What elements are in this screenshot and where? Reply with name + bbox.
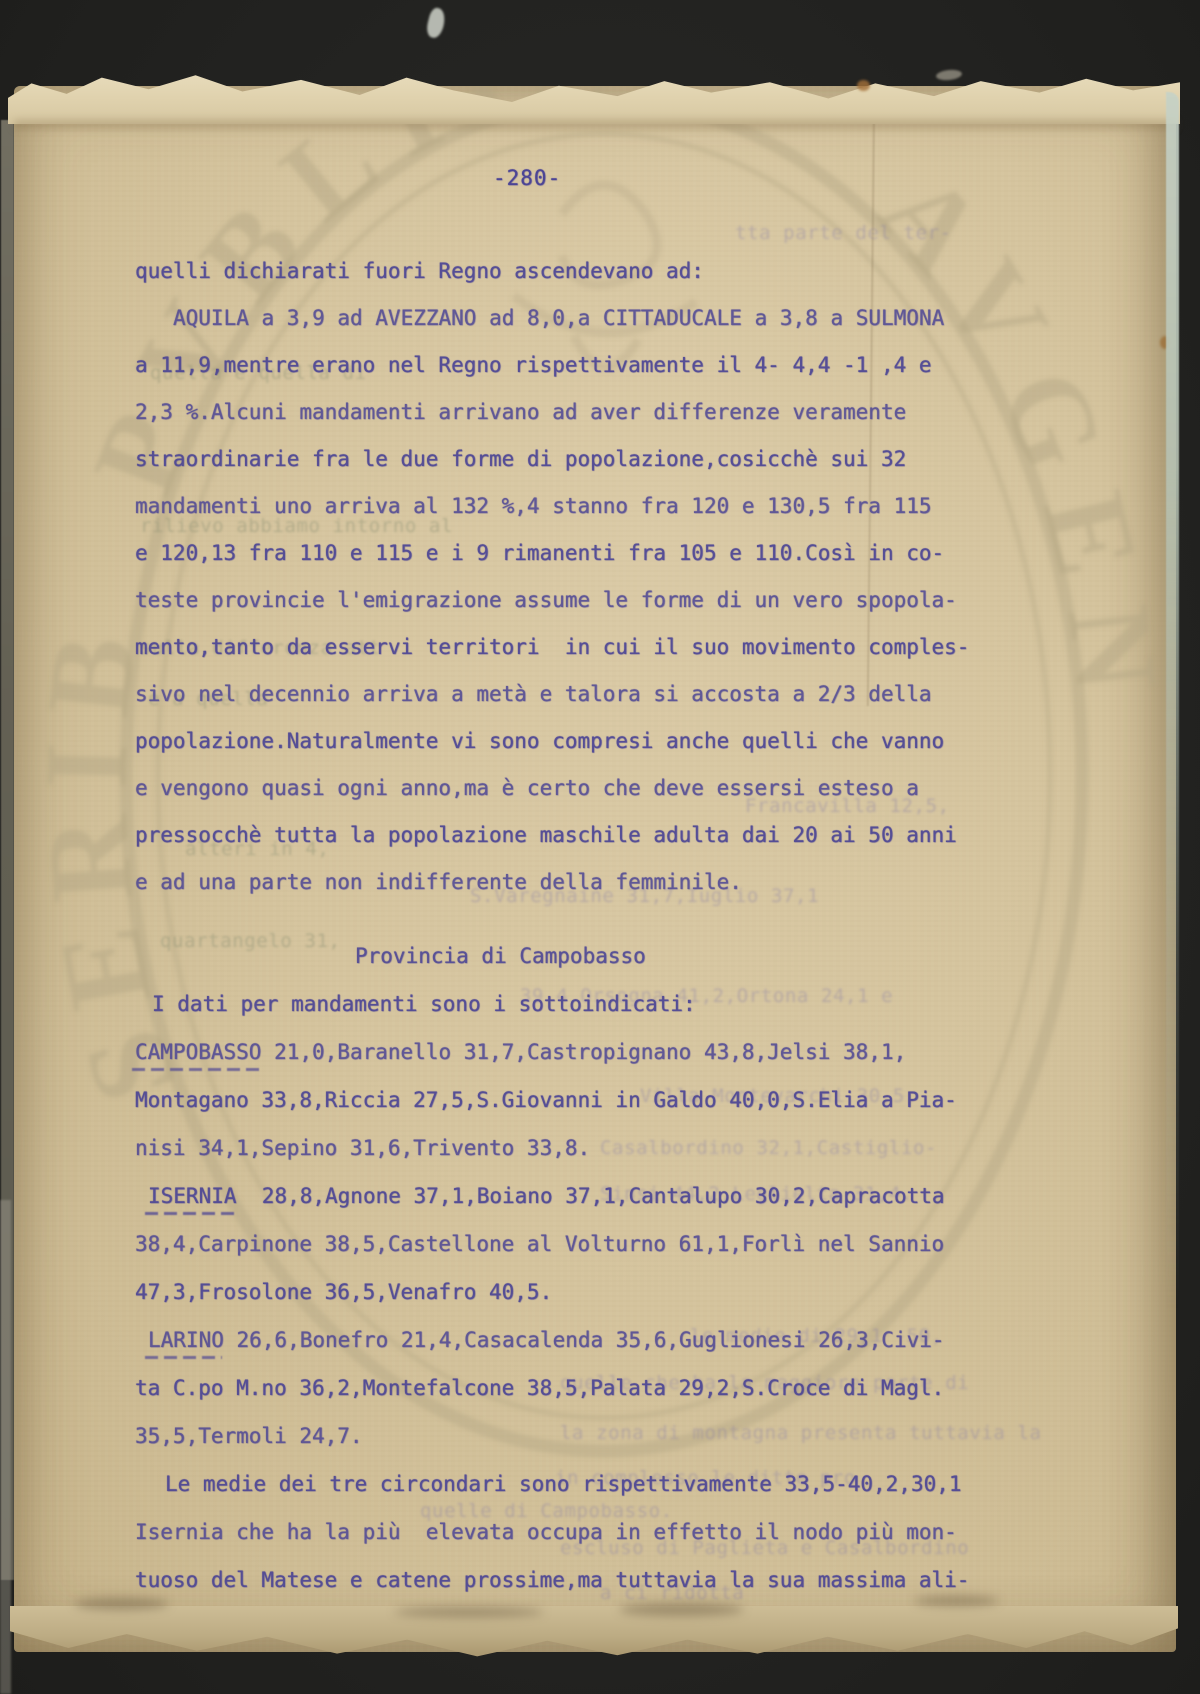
page-number: -280- [493,166,561,190]
typewritten-line: tuoso del Matese e catene prossime,ma tu… [135,1556,1015,1604]
typewritten-line: ta C.po M.no 36,2,Montefalcone 38,5,Pala… [135,1364,1015,1412]
underlined-district-campobasso: CAMPOBASSO [135,1040,261,1064]
typewritten-line: a 11,9,mentre erano nel Regno rispettiva… [135,342,1015,389]
typewritten-line: I dati per mandamenti sono i sottoindica… [135,980,1015,1028]
scanned-document-photo: SERIB PVBLICA AVGEN tta parte del ter- q… [0,0,1200,1694]
page-right-edge-sliver [1166,92,1179,1533]
paper-speck [936,69,963,82]
typewritten-line: CAMPOBASSO 21,0,Baranello 31,7,Castropig… [135,1028,1015,1076]
typewritten-line: pressocchè tutta la popolazione maschile… [135,812,1015,859]
typewritten-line: straordinarie fra le due forme di popola… [135,436,1015,483]
typewritten-line: LARINO 26,6,Bonefro 21,4,Casacalenda 35,… [135,1316,1015,1364]
typewritten-line: ISERNIA 28,8,Agnone 37,1,Boiano 37,1,Can… [135,1172,1015,1220]
torn-paper-edge-top [8,66,1180,124]
bottom-edge-smudge [394,1607,544,1617]
typewritten-line: popolazione.Naturalmente vi sono compres… [135,718,1015,765]
bottom-edge-smudge [74,1598,169,1610]
typewritten-line: quelli dichiarati fuori Regno ascendevan… [135,248,1015,295]
torn-edge-shadow [14,120,1176,129]
typewritten-line: 38,4,Carpinone 38,5,Castellone al Voltur… [135,1220,1015,1268]
typewritten-line: 35,5,Termoli 24,7. [135,1412,1015,1460]
rust-stain [857,80,870,91]
line-rest: 21,0,Baranello 31,7,Castropignano 43,8,J… [261,1040,906,1064]
typewritten-line: sivo nel decennio arriva a metà e talora… [135,671,1015,718]
underlined-district-larino: LARINO [148,1328,224,1352]
underlying-page-edge [0,1200,11,1694]
typewritten-line: 2,3 %.Alcuni mandamenti arrivano ad aver… [135,389,1015,436]
document-page: SERIB PVBLICA AVGEN tta parte del ter- q… [14,86,1176,1652]
mandamenti-data-block: I dati per mandamenti sono i sottoindica… [135,980,1015,1604]
typewritten-line: 47,3,Frosolone 36,5,Venafro 40,5. [135,1268,1015,1316]
typewritten-line: mento,tanto da esservi territori in cui … [135,624,1015,671]
torn-paper-edge-bottom [10,1606,1178,1662]
paper-speck [425,7,448,40]
line-rest: 28,8,Agnone 37,1,Boiano 37,1,Cantalupo 3… [237,1184,945,1208]
typewritten-line: e ad una parte non indifferente della fe… [135,859,1015,906]
typewritten-line: e 120,13 fra 110 e 115 e i 9 rimanenti f… [135,530,1015,577]
section-heading: Provincia di Campobasso [135,932,1015,980]
typewritten-line: mandamenti uno arriva al 132 %,4 stanno … [135,483,1015,530]
line-rest: 26,6,Bonefro 21,4,Casacalenda 35,6,Gugli… [224,1328,945,1352]
typewritten-line: nisi 34,1,Sepino 31,6,Trivento 33,8. [135,1124,1015,1172]
typewritten-line: AQUILA a 3,9 ad AVEZZANO ad 8,0,a CITTAD… [135,295,1015,342]
typewritten-line: Montagano 33,8,Riccia 27,5,S.Giovanni in… [135,1076,1015,1124]
ghost-line: tta parte del ter- [735,222,952,244]
bottom-edge-smudge [914,1596,999,1606]
typewritten-text: quelli dichiarati fuori Regno ascendevan… [135,248,1015,1604]
typewritten-line: Le medie dei tre circondari sono rispett… [135,1460,1015,1508]
typewritten-line: e vengono quasi ogni anno,ma è certo che… [135,765,1015,812]
bottom-edge-smudge [619,1603,744,1616]
underlined-district-isernia: ISERNIA [148,1184,237,1208]
typewritten-line: teste provincie l'emigrazione assume le … [135,577,1015,624]
typewritten-line: Isernia che ha la più elevata occupa in … [135,1508,1015,1556]
